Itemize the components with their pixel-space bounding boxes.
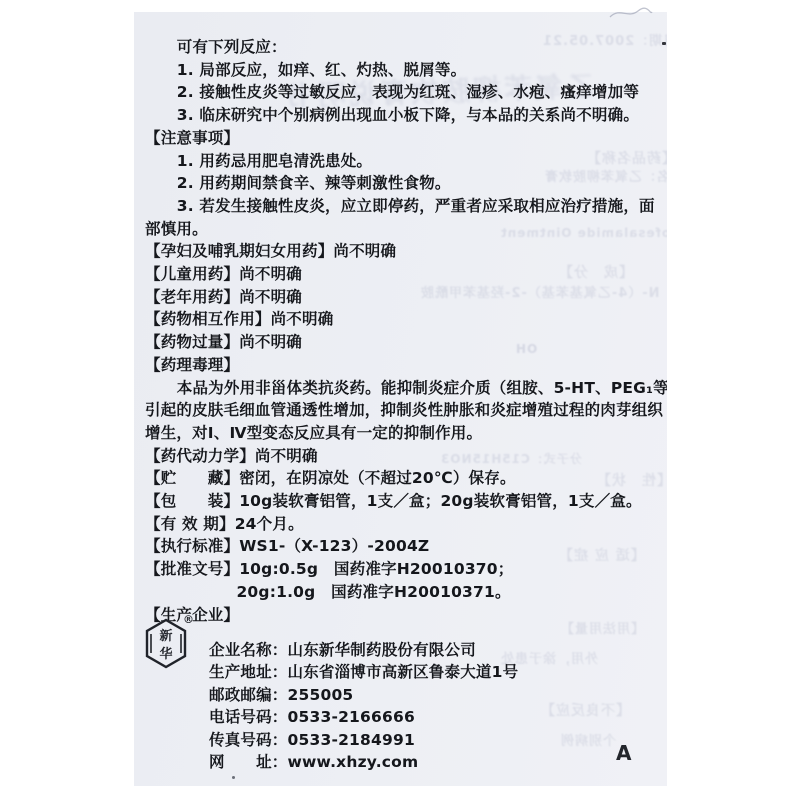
company-website-line: 网 址：www.xhzy.com — [209, 751, 518, 773]
pharmacology-heading: 【药理毒理】 — [145, 354, 657, 377]
manufacturer-heading: 【生产企业】 — [145, 604, 657, 627]
company-address-line: 生产地址：山东省淄博市高新区鲁泰大道1号 — [209, 661, 518, 683]
scan-speck — [662, 42, 666, 45]
pharmacokinetics-line: 【药代动力学】尚不明确 — [145, 445, 657, 468]
registered-trademark-symbol: ® — [183, 613, 194, 626]
adverse-reaction-item-1: 1. 局部反应，如痒、红、灼热、脱屑等。 — [145, 59, 657, 82]
logo-char-bottom: 华 — [159, 646, 172, 662]
packaging-line: 【包 装】10g装软膏铝管，1支／盒；20g装软膏铝管，1支／盒。 — [145, 490, 657, 513]
precaution-item-3-wrap: 部慎用。 — [145, 218, 657, 241]
overdose-line: 【药物过量】尚不明确 — [145, 331, 657, 354]
elderly-use-line: 【老年用药】尚不明确 — [145, 286, 657, 309]
xinhua-logo: 新 华 — [143, 618, 203, 680]
adverse-reaction-item-2: 2. 接触性皮炎等过敏反应，表现为红斑、湿疹、水疱、瘙痒增加等 — [145, 81, 657, 104]
pharmacology-text-3: 增生，对Ⅰ、Ⅳ型变态反应具有一定的抑制作用。 — [145, 422, 657, 445]
pen-squiggle-mark — [608, 5, 654, 21]
standard-line: 【执行标准】WS1-（X-123）-2004Z — [145, 535, 657, 558]
bleedthrough-fragment: 【不良反应】 — [540, 700, 630, 720]
leaflet-body: 可有下列反应： 1. 局部反应，如痒、红、灼热、脱屑等。 2. 接触性皮炎等过敏… — [134, 12, 667, 626]
company-phone-line: 电话号码：0533-2166666 — [209, 706, 518, 728]
adverse-reactions-intro: 可有下列反应： — [145, 36, 657, 59]
bleedthrough-fragment: 个别病例 — [560, 730, 616, 749]
logo-char-top: 新 — [159, 628, 172, 644]
approval-number-line-2: 20g:1.0g 国药准字H20010371。 — [145, 581, 657, 604]
children-use-line: 【儿童用药】尚不明确 — [145, 263, 657, 286]
precautions-heading: 【注意事项】 — [145, 127, 657, 150]
drug-interaction-line: 【药物相互作用】尚不明确 — [145, 308, 657, 331]
leaflet-paper: 乙氧苯柳胺软膏说明书 核准日期：2007.05.21 【药品名称】 通用名：乙氧… — [134, 12, 667, 786]
storage-line: 【贮 藏】密闭，在阴凉处（不超过20℃）保存。 — [145, 467, 657, 490]
pharmacology-text-1: 本品为外用非甾体类抗炎药。能抑制炎症介质（组胺、5-HT、PEG₁等） — [145, 377, 657, 400]
scanned-drug-leaflet-page: { "doc": { "lines": [ "可有下列反应：", "1. 局部反… — [0, 0, 800, 800]
precaution-item-3: 3. 若发生接触性皮炎，应立即停药，严重者应采取相应治疗措施，面 — [145, 195, 657, 218]
company-info-block: 企业名称：山东新华制药股份有限公司 生产地址：山东省淄博市高新区鲁泰大道1号 邮… — [209, 639, 518, 773]
company-fax-line: 传真号码：0533-2184991 — [209, 729, 518, 751]
company-name-line: 企业名称：山东新华制药股份有限公司 — [209, 639, 518, 661]
adverse-reaction-item-3: 3. 临床研究中个别病例出现血小板下降，与本品的关系尚不明确。 — [145, 104, 657, 127]
shelf-life-line: 【有 效 期】24个月。 — [145, 513, 657, 536]
precaution-item-2: 2. 用药期间禁食辛、辣等刺激性食物。 — [145, 172, 657, 195]
company-postcode-line: 邮政邮编：255005 — [209, 684, 518, 706]
page-letter: A — [616, 741, 631, 765]
scan-speck — [232, 776, 235, 779]
approval-number-line-1: 【批准文号】10g:0.5g 国药准字H20010370； — [145, 558, 657, 581]
pregnancy-use-line: 【孕妇及哺乳期妇女用药】尚不明确 — [145, 240, 657, 263]
pharmacology-text-2: 引起的皮肤毛细血管通透性增加，抑制炎性肿胀和炎症增殖过程的肉芽组织 — [145, 399, 657, 422]
precaution-item-1: 1. 用药忌用肥皂清洗患处。 — [145, 150, 657, 173]
